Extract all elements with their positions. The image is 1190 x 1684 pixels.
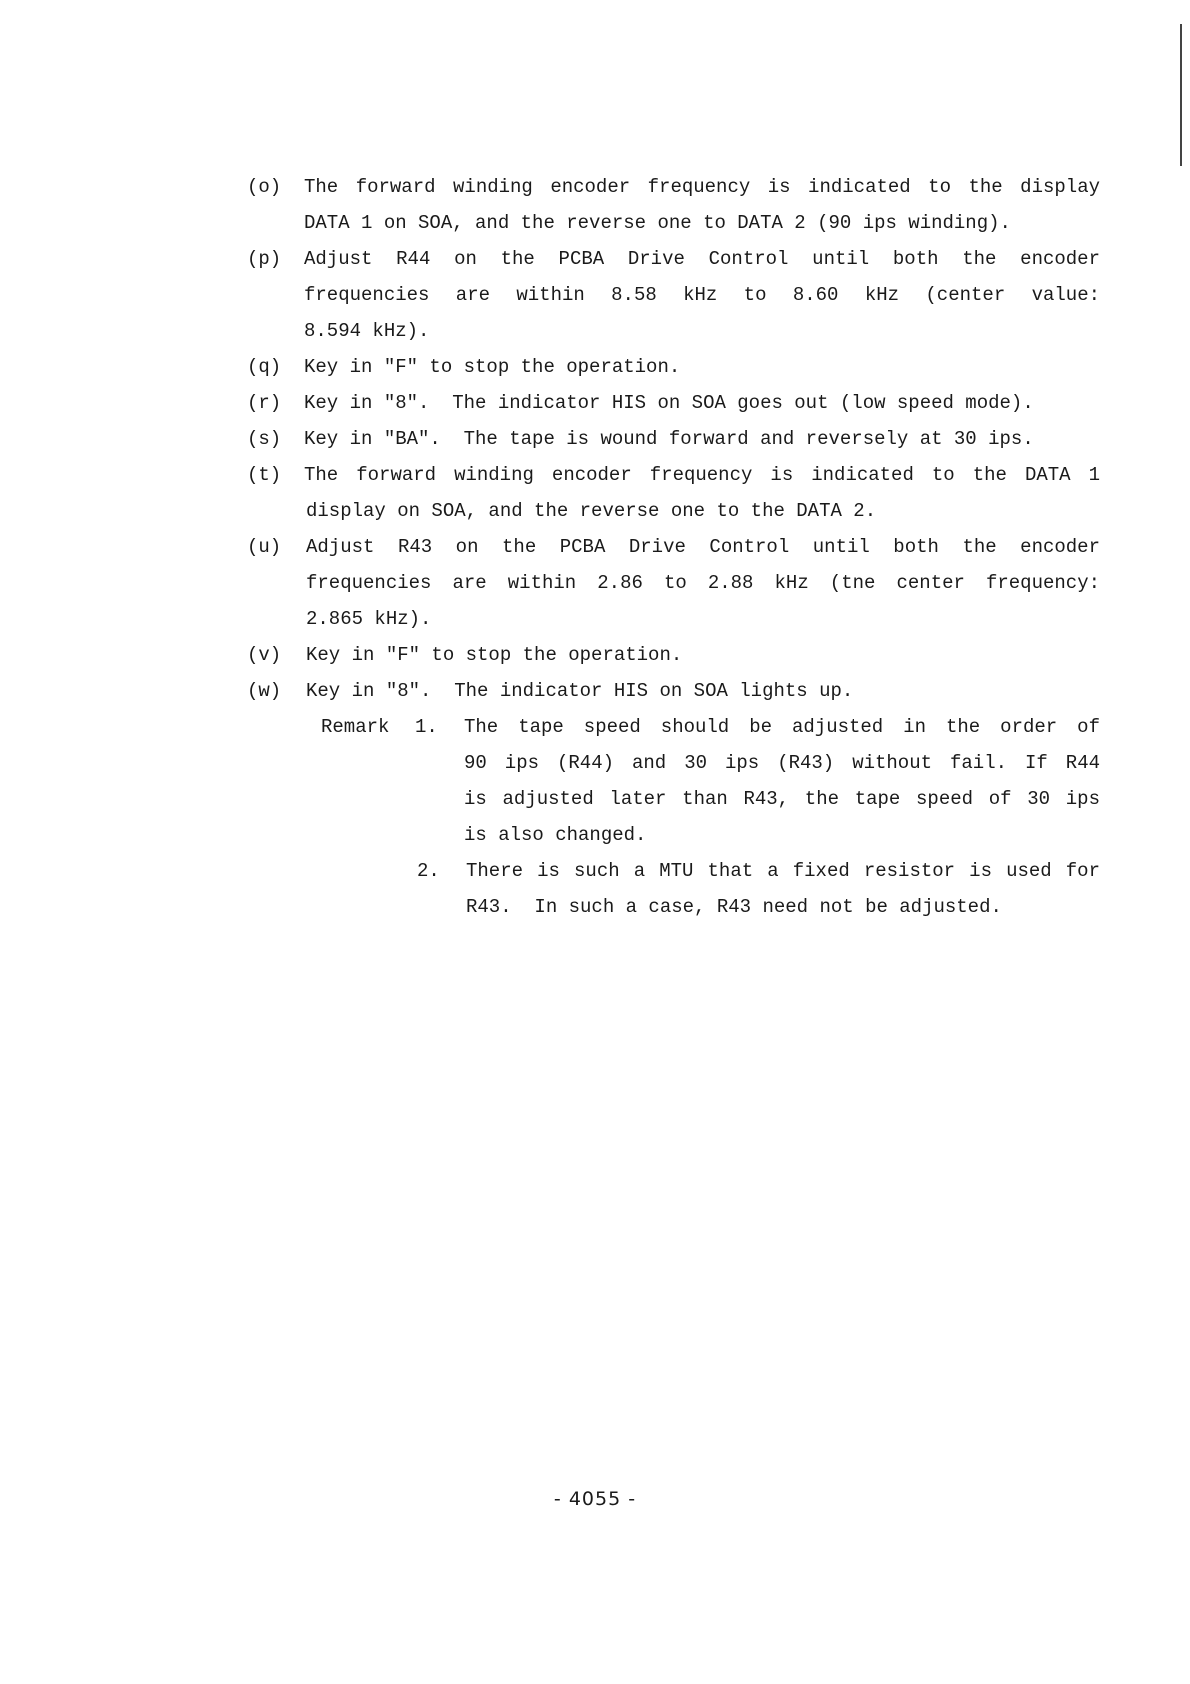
item-u-line-1: Adjust R43 on the PCBA Drive Control unt…: [306, 535, 1100, 559]
item-t-line-1: The forward winding encoder frequency is…: [304, 463, 1100, 487]
remark-1-line-2: 90 ips (R44) and 30 ips (R43) without fa…: [464, 751, 1100, 775]
item-u-line-3: 2.865 kHz).: [306, 607, 431, 631]
item-label-t: (t): [247, 463, 281, 487]
item-label-v: (v): [247, 643, 281, 667]
item-label-s: (s): [247, 427, 281, 451]
item-o-line-2: DATA 1 on SOA, and the reverse one to DA…: [304, 211, 1011, 235]
item-label-r: (r): [247, 391, 281, 415]
remark-1-line-4: is also changed.: [464, 823, 646, 847]
item-q-line-1: Key in "F" to stop the operation.: [304, 355, 680, 379]
remark-2-line-2: R43. In such a case, R43 need not be adj…: [466, 895, 1002, 919]
page-number: - 4055 -: [0, 1488, 1190, 1510]
item-s-line-1: Key in "BA". The tape is wound forward a…: [304, 427, 1034, 451]
margin-rule: [1180, 24, 1182, 166]
remark-2-number: 2.: [417, 859, 440, 883]
item-r-line-1: Key in "8". The indicator HIS on SOA goe…: [304, 391, 1034, 415]
item-label-o: (o): [247, 175, 281, 199]
item-label-p: (p): [247, 247, 281, 271]
item-w-line-1: Key in "8". The indicator HIS on SOA lig…: [306, 679, 853, 703]
document-page: (o) The forward winding encoder frequenc…: [0, 0, 1190, 1684]
item-label-u: (u): [247, 535, 281, 559]
remark-2-line-1: There is such a MTU that a fixed resisto…: [466, 859, 1100, 883]
item-v-line-1: Key in "F" to stop the operation.: [306, 643, 682, 667]
item-label-w: (w): [247, 679, 281, 703]
item-label-q: (q): [247, 355, 281, 379]
remark-label: Remark: [321, 715, 389, 739]
item-p-line-2: frequencies are within 8.58 kHz to 8.60 …: [304, 283, 1100, 307]
remark-1-line-3: is adjusted later than R43, the tape spe…: [464, 787, 1100, 811]
item-u-line-2: frequencies are within 2.86 to 2.88 kHz …: [306, 571, 1100, 595]
item-t-line-2: display on SOA, and the reverse one to t…: [306, 499, 876, 523]
item-p-line-1: Adjust R44 on the PCBA Drive Control unt…: [304, 247, 1100, 271]
item-o-line-1: The forward winding encoder frequency is…: [304, 175, 1100, 199]
remark-1-line-1: The tape speed should be adjusted in the…: [464, 715, 1100, 739]
item-p-line-3: 8.594 kHz).: [304, 319, 429, 343]
remark-1-number: 1.: [415, 715, 438, 739]
